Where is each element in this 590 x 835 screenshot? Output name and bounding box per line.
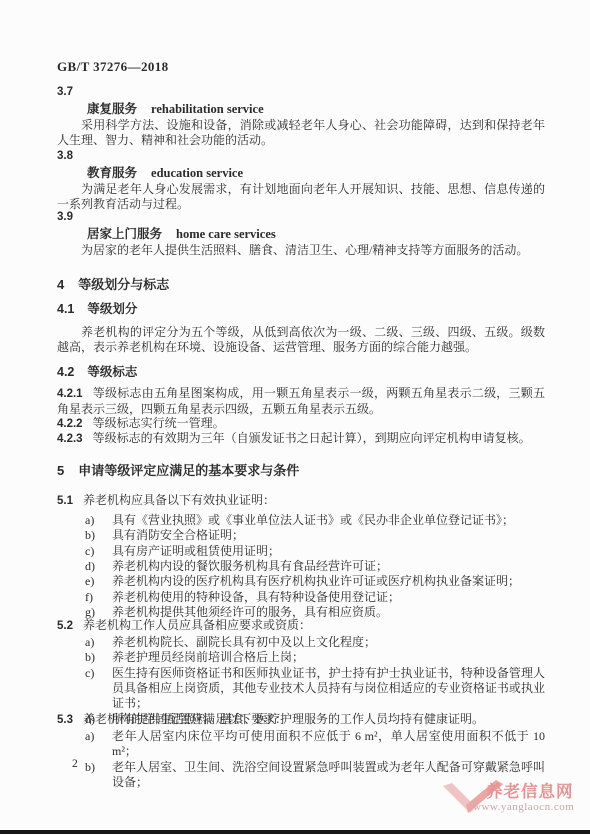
term-title-en: education service <box>151 166 243 180</box>
item-letter: b) <box>85 528 95 543</box>
list-item: e)养老机构内设的医疗机构具有医疗机构执业许可证或医疗机构执业备案证明； <box>57 574 545 589</box>
clause-number: 5.1 <box>57 495 73 507</box>
list-item: c)具有房产证明或租赁使用证明； <box>57 544 545 559</box>
clause-intro: 5.2养老机构工作人员应具备相应要求或资质： <box>57 618 545 635</box>
item-text: 养老机构使用的特种设备，具有特种设备使用登记证； <box>112 590 400 604</box>
clause-text: 等级标志由五角星图案构成，用一颗五角星表示一级，两颗五角星表示二级，三颗五角星表… <box>57 386 545 416</box>
list-item: a)养老机构院长、副院长具有初中及以上文化程度； <box>57 635 545 650</box>
clause-number: 4.2.1 <box>57 388 83 400</box>
item-text: 具有消防安全合格证明； <box>112 528 244 542</box>
term-3-7: 3.7 康复服务rehabilitation service 采用科学方法、设施… <box>57 85 545 149</box>
item-text: 养老护理员经岗前培训合格后上岗； <box>112 650 304 664</box>
clause-text: 等级标志实行统一管理。 <box>93 416 225 430</box>
watermark-site-name: 养老信息网 <box>486 778 574 802</box>
term-definition: 为满足老年人身心发展需求，有计划地面向老年人开展知识、技能、思想、信息传递的一系… <box>57 182 545 213</box>
clause-4-2-3: 4.2.3等级标志的有效期为三年（自颁发证书之日起计算），到期应向评定机构申请复… <box>57 431 545 447</box>
term-title: 居家上门服务home care services <box>57 226 545 242</box>
term-title-en: home care services <box>176 227 276 241</box>
section-title: 等级标志 <box>87 365 137 379</box>
item-letter: a) <box>85 513 94 528</box>
clause-intro-text: 养老机构工作人员应具备相应要求或资质： <box>83 618 311 632</box>
page-number: 2 <box>72 757 78 772</box>
clause-text: 等级标志的有效期为三年（自颁发证书之日起计算），到期应向评定机构申请复核。 <box>93 431 531 445</box>
scan-bottom-edge <box>0 830 590 834</box>
term-title: 康复服务rehabilitation service <box>57 101 545 117</box>
term-3-9: 3.9 居家上门服务home care services 为居家的老年人提供生活… <box>57 210 545 258</box>
item-text: 具有房产证明或租赁使用证明； <box>112 544 280 558</box>
clause-number: 5.2 <box>57 620 73 632</box>
term-definition: 采用科学方法、设施和设备，消除或减轻老年人身心、社会功能障碍，达到和保持老年人生… <box>57 118 545 149</box>
list-item: a)具有《营业执照》或《事业单位法人证书》或《民办非企业单位登记证书》； <box>57 513 545 528</box>
list-item: d)养老机构内设的餐饮服务机构具有食品经营许可证； <box>57 559 545 574</box>
term-title: 教育服务education service <box>57 165 545 181</box>
item-letter: a) <box>85 635 94 650</box>
clause-number: 4.2.2 <box>57 418 83 430</box>
term-title-zh: 居家上门服务 <box>87 227 162 241</box>
clause-intro: 5.3养老机构的空间配置应满足以下要求： <box>57 712 545 729</box>
item-text: 养老机构院长、副院长具有初中及以上文化程度； <box>112 635 376 649</box>
clause-5-2: 5.2养老机构工作人员应具备相应要求或资质： a)养老机构院长、副院长具有初中及… <box>57 618 545 727</box>
term-number: 3.7 <box>57 85 545 100</box>
item-letter: c) <box>85 544 94 559</box>
item-text: 老年人居室内床位平均可使用面积不应低于 6 m²，单人居室使用面积不低于 10 … <box>112 729 545 758</box>
clause-5-1: 5.1养老机构应具备以下有效执业证明： a)具有《营业执照》或《事业单位法人证书… <box>57 493 545 620</box>
clause-number: 5.3 <box>57 714 73 726</box>
item-text: 养老机构提供其他须经许可的服务，具有相应资质。 <box>112 605 388 619</box>
term-title-zh: 康复服务 <box>87 102 137 116</box>
section-number: 4.2 <box>57 365 74 379</box>
clause-number: 4.2.3 <box>57 433 83 445</box>
item-text: 养老机构内设的餐饮服务机构具有食品经营许可证； <box>112 559 388 573</box>
section-4-1-heading: 4.1等级划分 <box>57 302 545 317</box>
item-text: 医生持有医师资格证书和医师执业证书，护士持有护士执业证书，特种设备管理人员具备相… <box>112 666 545 711</box>
section-number: 4.1 <box>57 302 74 316</box>
item-letter: e) <box>85 574 94 589</box>
item-letter: d) <box>85 559 95 574</box>
list-item: b)具有消防安全合格证明； <box>57 528 545 543</box>
term-number: 3.8 <box>57 149 545 164</box>
clause-item-list: a)具有《营业执照》或《事业单位法人证书》或《民办非企业单位登记证书》； b)具… <box>57 513 545 620</box>
item-letter: b) <box>85 650 95 665</box>
list-item: c)医生持有医师资格证书和医师执业证书，护士持有护士执业证书，特种设备管理人员具… <box>57 666 545 712</box>
list-item: a)老年人居室内床位平均可使用面积不应低于 6 m²，单人居室使用面积不低于 1… <box>57 729 545 760</box>
term-definition: 为居家的老年人提供生活照料、膳食、清洁卫生、心理/精神支持等方面服务的活动。 <box>57 243 545 258</box>
section-title: 等级划分与标志 <box>78 277 169 292</box>
section-number: 5 <box>57 463 64 478</box>
item-letter: f) <box>85 590 93 605</box>
term-number: 3.9 <box>57 210 545 225</box>
term-title-en: rehabilitation service <box>151 102 264 116</box>
section-number: 4 <box>57 277 64 292</box>
section-4-heading: 4等级划分与标志 <box>57 277 545 292</box>
term-3-8: 3.8 教育服务education service 为满足老年人身心发展需求，有… <box>57 149 545 213</box>
item-text: 具有《营业执照》或《事业单位法人证书》或《民办非企业单位登记证书》； <box>112 513 514 527</box>
list-item: f)养老机构使用的特种设备，具有特种设备使用登记证； <box>57 590 545 605</box>
clause-intro: 5.1养老机构应具备以下有效执业证明： <box>57 493 545 510</box>
item-letter: c) <box>85 666 94 681</box>
item-letter: b) <box>85 760 95 775</box>
item-text: 养老机构内设的医疗机构具有医疗机构执业许可证或医疗机构执业备案证明； <box>112 574 520 588</box>
clause-intro-text: 养老机构应具备以下有效执业证明： <box>83 493 275 507</box>
clause-intro-text: 养老机构的空间配置应满足以下要求： <box>83 712 287 726</box>
watermark: 养老信息网 www.yanglaocn.com <box>442 778 584 820</box>
item-letter: a) <box>85 729 94 744</box>
watermark-site-url: www.yanglaocn.com <box>473 801 574 813</box>
section-4-2-heading: 4.2等级标志 <box>57 365 545 380</box>
section-5-heading: 5申请等级评定应满足的基本要求与条件 <box>57 463 545 478</box>
section-title: 等级划分 <box>87 302 137 316</box>
clause-4-2-2: 4.2.2等级标志实行统一管理。 <box>57 416 545 432</box>
standard-code-header: GB/T 37276—2018 <box>57 59 169 75</box>
document-page: GB/T 37276—2018 3.7 康复服务rehabilitation s… <box>0 0 590 835</box>
section-title: 申请等级评定应满足的基本要求与条件 <box>78 463 299 478</box>
clause-4-2-1: 4.2.1等级标志由五角星图案构成，用一颗五角星表示一级，两颗五角星表示二级，三… <box>57 386 545 418</box>
list-item: b)养老护理员经岗前培训合格后上岗； <box>57 650 545 665</box>
section-4-1-paragraph: 养老机构的评定分为五个等级，从低到高依次为一级、二级、三级、四级、五级。级数越高… <box>57 325 545 356</box>
term-title-zh: 教育服务 <box>87 166 137 180</box>
